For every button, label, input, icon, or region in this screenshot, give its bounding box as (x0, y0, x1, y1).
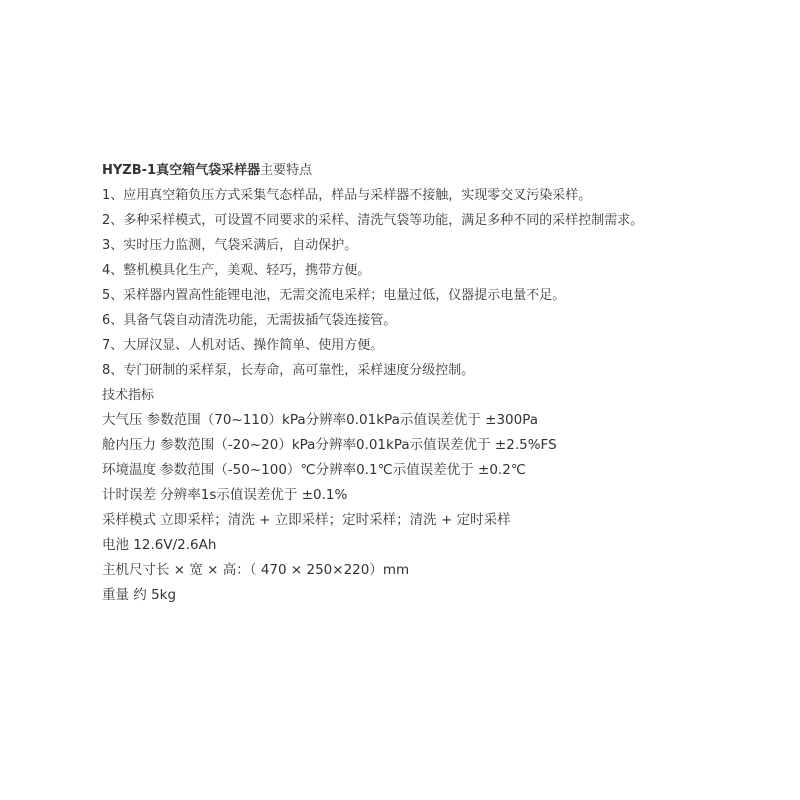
feature-item: 3、实时压力监测，气袋采满后，自动保护。 (102, 233, 742, 258)
feature-item: 8、专门研制的采样泵，长寿命，高可靠性，采样速度分级控制。 (102, 358, 742, 383)
title-suffix: 主要特点 (260, 163, 312, 178)
document-title: HYZB-1真空箱气袋采样器主要特点 (102, 158, 742, 183)
feature-item: 4、整机模具化生产，美观、轻巧，携带方便。 (102, 258, 742, 283)
feature-item: 7、大屏汉显、人机对话、操作简单、使用方便。 (102, 333, 742, 358)
feature-item: 5、采样器内置高性能锂电池，无需交流电采样；电量过低，仪器提示电量不足。 (102, 283, 742, 308)
feature-item: 1、应用真空箱负压方式采集气态样品，样品与采样器不接触，实现零交叉污染采样。 (102, 183, 742, 208)
specs-heading: 技术指标 (102, 383, 742, 408)
spec-item: 舱内压力 参数范围（-20~20）kPa分辨率0.01kPa示值误差优于 ±2.… (102, 433, 742, 458)
spec-item: 重量 约 5kg (102, 583, 742, 608)
spec-item: 电池 12.6V/2.6Ah (102, 533, 742, 558)
spec-item: 大气压 参数范围（70~110）kPa分辨率0.01kPa示值误差优于 ±300… (102, 408, 742, 433)
spec-item: 环境温度 参数范围（-50~100）℃分辨率0.1℃示值误差优于 ±0.2℃ (102, 458, 742, 483)
features-list: 1、应用真空箱负压方式采集气态样品，样品与采样器不接触，实现零交叉污染采样。 2… (102, 183, 742, 383)
product-name: HYZB-1真空箱气袋采样器 (102, 163, 260, 178)
spec-item: 计时误差 分辨率1s示值误差优于 ±0.1% (102, 483, 742, 508)
spec-item: 主机尺寸长 × 宽 × 高：（ 470 × 250×220）mm (102, 558, 742, 583)
feature-item: 2、多种采样模式，可设置不同要求的采样、清洗气袋等功能，满足多种不同的采样控制需… (102, 208, 742, 233)
feature-item: 6、具备气袋自动清洗功能，无需拔插气袋连接管。 (102, 308, 742, 333)
specs-list: 大气压 参数范围（70~110）kPa分辨率0.01kPa示值误差优于 ±300… (102, 408, 742, 608)
spec-item: 采样模式 立即采样；清洗 + 立即采样；定时采样；清洗 + 定时采样 (102, 508, 742, 533)
product-description: HYZB-1真空箱气袋采样器主要特点 1、应用真空箱负压方式采集气态样品，样品与… (102, 158, 742, 608)
